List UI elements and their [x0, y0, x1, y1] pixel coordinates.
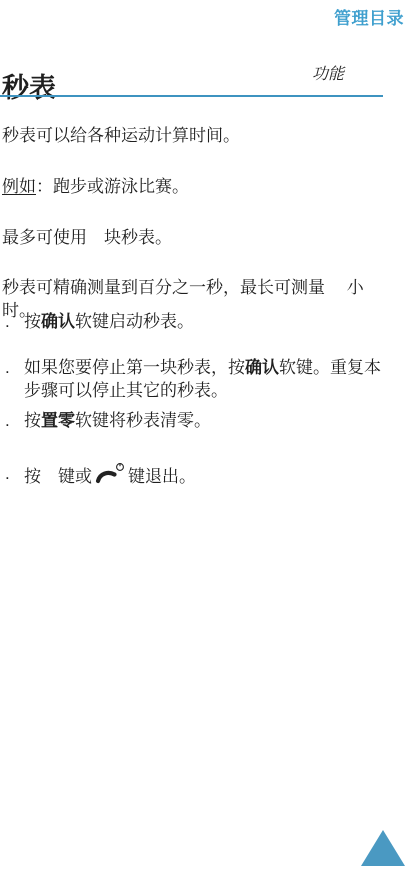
step-text: 如果您要停止第一块秒表，按确认软键。重复本步骤可以停止其它的秒表。: [24, 356, 392, 402]
step-marker: .: [5, 310, 24, 333]
paragraph-text: ：跑步或游泳比赛。: [36, 177, 189, 196]
step-run: 软键将秒表清零。: [75, 411, 211, 430]
next-page-triangle-icon[interactable]: [361, 830, 405, 866]
step-run: 按: [24, 411, 41, 430]
missing-number-gap: [325, 278, 347, 297]
step-run: 键退出。: [128, 467, 196, 486]
paragraph-text: 秒表可精确测量到百分之一秒，最长可测量: [2, 278, 325, 297]
softkey-name: 置零: [41, 411, 75, 430]
intro-paragraph: 秒表可以给各种运动计算时间。: [2, 124, 389, 147]
max-count-paragraph: 最多可使用 块秒表。: [2, 226, 389, 249]
example-paragraph: 例如：跑步或游泳比赛。: [2, 175, 389, 198]
step-text: 按确认软键启动秒表。: [24, 310, 392, 333]
step-run: 按: [24, 312, 41, 331]
section-side-label: 功能: [312, 66, 344, 84]
page-title: 秒表: [2, 72, 56, 104]
step-marker: .: [5, 356, 24, 379]
step-run: 按 键或: [24, 467, 92, 486]
step-text: 按 键或键退出。: [24, 462, 392, 488]
step-item: . 按 键或键退出。: [5, 462, 392, 488]
title-rule: [0, 95, 383, 97]
manual-page: 管理目录 秒表 功能 秒表可以给各种运动计算时间。 例如：跑步或游泳比赛。 最多…: [0, 0, 409, 872]
paragraph-text: 最多可使用: [2, 228, 87, 247]
end-power-key-icon: [95, 462, 125, 486]
example-label: 例如: [2, 177, 36, 196]
step-marker: .: [5, 462, 24, 485]
step-run: 软键启动秒表。: [75, 312, 194, 331]
softkey-name: 确认: [41, 312, 75, 331]
step-text: 按置零软键将秒表清零。: [24, 409, 392, 432]
softkey-name: 确认: [245, 358, 279, 377]
paragraph-text: 块秒表。: [104, 228, 172, 247]
step-marker: .: [5, 409, 24, 432]
step-item: . 如果您要停止第一块秒表，按确认软键。重复本步骤可以停止其它的秒表。: [5, 356, 392, 402]
step-item: . 按确认软键启动秒表。: [5, 310, 392, 333]
missing-number-gap: [87, 228, 104, 247]
step-item: . 按置零软键将秒表清零。: [5, 409, 392, 432]
paragraph-text: 秒表可以给各种运动计算时间。: [2, 126, 240, 145]
step-run: 如果您要停止第一块秒表，按: [24, 358, 245, 377]
breadcrumb-link[interactable]: 管理目录: [334, 4, 404, 29]
